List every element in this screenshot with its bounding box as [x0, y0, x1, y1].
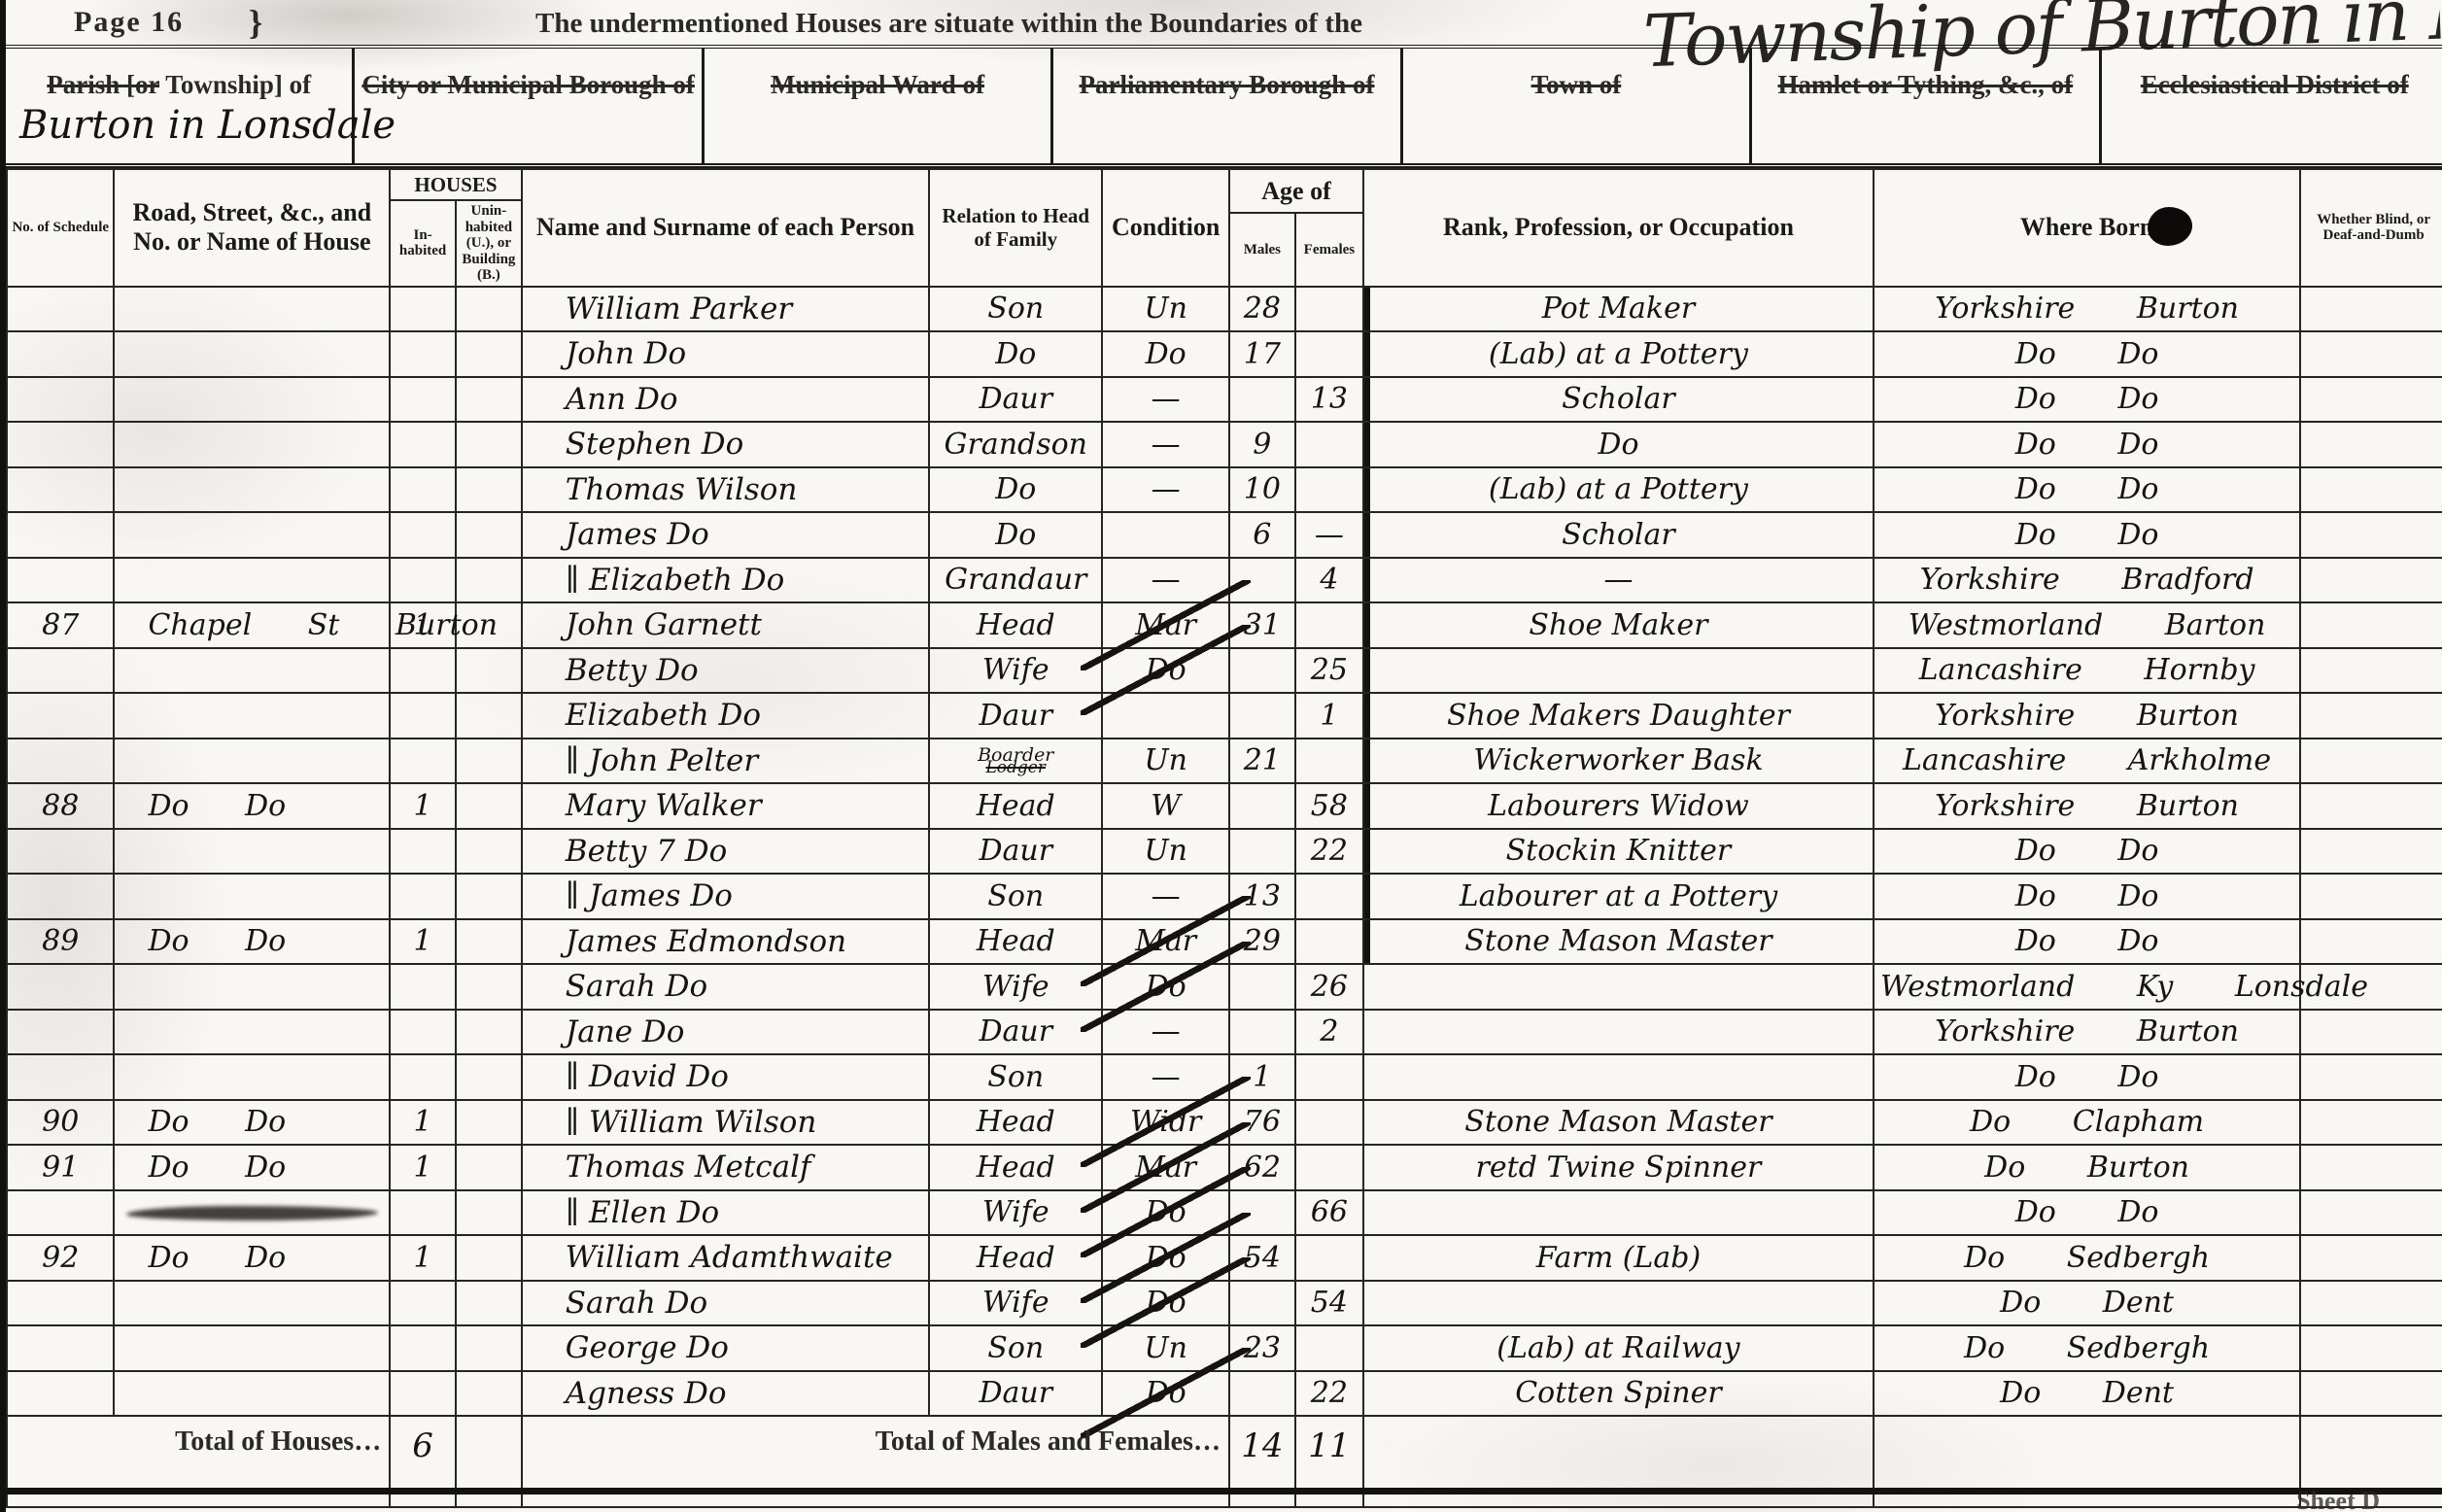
cell-age-male — [1229, 693, 1295, 739]
cell-age-female — [1295, 1100, 1363, 1146]
location-header-row: Parish [or Township] ofBurton in Lonsdal… — [6, 49, 2442, 168]
location-label: City or Municipal Borough of — [361, 70, 695, 99]
cell-road — [114, 964, 390, 1010]
cell-schedule — [7, 1325, 114, 1371]
cell-where-born: Do Do — [1874, 512, 2300, 558]
cell-age-male: 1 — [1229, 1054, 1295, 1100]
table-row: ∥ James DoSon—13Labourer at a PotteryDo … — [7, 874, 2442, 919]
cell-age-male: 21 — [1229, 739, 1295, 784]
cell-inhabited — [390, 287, 456, 332]
cell-condition: Mar — [1102, 602, 1229, 648]
header-uninhabited: Unin-habited (U.), or Building (B.) — [456, 200, 522, 287]
census-page-scan: Page 16 } The undermentioned Houses are … — [0, 0, 2442, 1512]
cell-inhabited: 1 — [390, 783, 456, 829]
cell-road — [114, 377, 390, 423]
cell-age-female — [1295, 287, 1363, 332]
cell-schedule — [7, 377, 114, 423]
header-relation: Relation to Head of Family — [929, 169, 1102, 287]
cell-name: ∥ James Do — [522, 874, 929, 919]
cell-name: Ann Do — [522, 377, 929, 423]
table-row: ∥ David DoSon—1Do Do — [7, 1054, 2442, 1100]
cell-age-male: 76 — [1229, 1100, 1295, 1146]
cell-blind-deaf — [2300, 1281, 2442, 1326]
table-row: Jane DoDaur—2Yorkshire Burton — [7, 1010, 2442, 1055]
cell-name: ∥ John Pelter — [522, 739, 929, 784]
location-header-cell: Parliamentary Borough of — [1053, 49, 1402, 163]
cell-age-male — [1229, 964, 1295, 1010]
cell-uninhabited — [456, 602, 522, 648]
cell-age-male — [1229, 1281, 1295, 1326]
total-houses-label: Total of Houses… — [175, 1426, 381, 1457]
cell-condition: Do — [1102, 648, 1229, 694]
cell-where-born: Do Do — [1874, 331, 2300, 377]
cell-where-born: Yorkshire Burton — [1874, 287, 2300, 332]
struck-label-text: Municipal Ward of — [771, 70, 984, 99]
cell-age-male: 13 — [1229, 874, 1295, 919]
cell-name: George Do — [522, 1325, 929, 1371]
cell-name: ∥ Ellen Do — [522, 1190, 929, 1236]
table-row: James DoDo6—ScholarDo Do — [7, 512, 2442, 558]
cell-uninhabited — [456, 287, 522, 332]
cell-road — [114, 693, 390, 739]
cell-uninhabited — [456, 919, 522, 965]
location-header-cell: Ecclesiastical District of — [2102, 49, 2442, 163]
cell-age-male — [1229, 1190, 1295, 1236]
cell-condition — [1102, 512, 1229, 558]
cell-road — [114, 648, 390, 694]
cell-relation: Head — [929, 1100, 1102, 1146]
location-header-cell: Hamlet or Tything, &c., of — [1752, 49, 2101, 163]
cell-where-born: Do Do — [1874, 377, 2300, 423]
relation-struck: Lodger — [936, 758, 1095, 777]
struck-label-text: Town of — [1531, 70, 1622, 99]
cell-occupation — [1363, 648, 1874, 694]
cell-blind-deaf — [2300, 648, 2442, 694]
header-age-group: Age of — [1229, 169, 1363, 213]
cell-occupation — [1363, 1054, 1874, 1100]
cell-relation: Grandaur — [929, 558, 1102, 603]
cell-inhabited — [390, 1190, 456, 1236]
cell-occupation: Stone Mason Master — [1363, 919, 1874, 965]
cell-road — [114, 739, 390, 784]
cell-inhabited — [390, 467, 456, 513]
header-condition: Condition — [1102, 169, 1229, 287]
table-row: 92Do Do1William AdamthwaiteHeadDo54Farm … — [7, 1235, 2442, 1281]
location-label: Hamlet or Tything, &c., of — [1777, 70, 2073, 99]
cell-schedule — [7, 1371, 114, 1417]
cell-name: Jane Do — [522, 1010, 929, 1055]
cell-inhabited — [390, 964, 456, 1010]
cell-occupation: Shoe Maker — [1363, 602, 1874, 648]
cell-age-female — [1295, 919, 1363, 965]
cell-blind-deaf — [2300, 783, 2442, 829]
cell-uninhabited — [456, 1281, 522, 1326]
cell-age-female: 2 — [1295, 1010, 1363, 1055]
cell-inhabited: 1 — [390, 919, 456, 965]
cell-uninhabited — [456, 1235, 522, 1281]
cell-age-female: 1 — [1295, 693, 1363, 739]
cell-road — [114, 874, 390, 919]
cell-inhabited — [390, 331, 456, 377]
cell-inhabited — [390, 377, 456, 423]
cell-occupation: Scholar — [1363, 377, 1874, 423]
cell-where-born: Do Do — [1874, 919, 2300, 965]
location-handwritten-value: Burton in Lonsdale — [19, 103, 396, 148]
cell-where-born: Yorkshire Burton — [1874, 693, 2300, 739]
header-road: Road, Street, &c., and No. or Name of Ho… — [114, 169, 390, 287]
cell-age-male: 10 — [1229, 467, 1295, 513]
cell-occupation: Shoe Makers Daughter — [1363, 693, 1874, 739]
cell-age-male: 62 — [1229, 1145, 1295, 1190]
cell-occupation: Farm (Lab) — [1363, 1235, 1874, 1281]
cell-blind-deaf — [2300, 1371, 2442, 1417]
table-row: Betty 7 DoDaurUn22Stockin KnitterDo Do — [7, 829, 2442, 875]
cell-condition: Widr — [1102, 1100, 1229, 1146]
cell-occupation: Do — [1363, 422, 1874, 467]
cell-condition: Do — [1102, 964, 1229, 1010]
cell-age-male — [1229, 377, 1295, 423]
cell-where-born: Lancashire Arkholme — [1874, 739, 2300, 784]
cell-schedule: 92 — [7, 1235, 114, 1281]
cell-age-female — [1295, 331, 1363, 377]
location-header-cell: Town of — [1403, 49, 1752, 163]
cell-condition: — — [1102, 1010, 1229, 1055]
cell-uninhabited — [456, 377, 522, 423]
cell-uninhabited — [456, 964, 522, 1010]
cell-age-male: 6 — [1229, 512, 1295, 558]
cell-name: Betty Do — [522, 648, 929, 694]
cell-age-male: 17 — [1229, 331, 1295, 377]
cell-inhabited — [390, 648, 456, 694]
cell-condition: Un — [1102, 1325, 1229, 1371]
struck-label-text: City or Municipal Borough of — [361, 70, 695, 99]
cell-road — [114, 467, 390, 513]
cell-occupation: retd Twine Spinner — [1363, 1145, 1874, 1190]
cell-occupation: Stockin Knitter — [1363, 829, 1874, 875]
struck-label-text: Parliamentary Borough of — [1079, 70, 1374, 99]
cell-name: ∥ William Wilson — [522, 1100, 929, 1146]
header-females: Females — [1295, 213, 1363, 286]
cell-schedule — [7, 558, 114, 603]
cell-condition: Un — [1102, 829, 1229, 875]
column-headers: No. of Schedule Road, Street, &c., and N… — [7, 169, 2442, 287]
cell-relation: BoarderLodger — [929, 739, 1102, 784]
cell-age-female: 22 — [1295, 829, 1363, 875]
cell-schedule: 89 — [7, 919, 114, 965]
cell-blind-deaf — [2300, 1100, 2442, 1146]
cell-road — [114, 1054, 390, 1100]
table-row: 89Do Do1James EdmondsonHeadMar29Stone Ma… — [7, 919, 2442, 965]
cell-occupation — [1363, 1281, 1874, 1326]
cell-relation: Daur — [929, 829, 1102, 875]
cell-occupation: Scholar — [1363, 512, 1874, 558]
cell-uninhabited — [456, 512, 522, 558]
cell-condition: — — [1102, 1054, 1229, 1100]
cell-road — [114, 1281, 390, 1326]
header-blind-deaf: Whether Blind, or Deaf-and-Dumb — [2300, 169, 2442, 287]
cell-blind-deaf — [2300, 964, 2442, 1010]
cell-blind-deaf — [2300, 693, 2442, 739]
top-strip: Page 16 } The undermentioned Houses are … — [6, 0, 2442, 49]
cell-blind-deaf — [2300, 829, 2442, 875]
cell-age-male — [1229, 558, 1295, 603]
cell-age-male: 29 — [1229, 919, 1295, 965]
cell-relation: Wife — [929, 1190, 1102, 1236]
cell-age-male: 54 — [1229, 1235, 1295, 1281]
cell-blind-deaf — [2300, 422, 2442, 467]
cell-age-female: 26 — [1295, 964, 1363, 1010]
cell-uninhabited — [456, 1010, 522, 1055]
cell-where-born: Do Burton — [1874, 1145, 2300, 1190]
cell-uninhabited — [456, 422, 522, 467]
cell-blind-deaf — [2300, 377, 2442, 423]
cell-uninhabited — [456, 874, 522, 919]
cell-age-male — [1229, 1371, 1295, 1417]
cell-uninhabited — [456, 648, 522, 694]
cell-where-born: Do Do — [1874, 829, 2300, 875]
cell-uninhabited — [456, 1100, 522, 1146]
cell-occupation — [1363, 1190, 1874, 1236]
table-row: Stephen DoGrandson—9DoDo Do — [7, 422, 2442, 467]
cell-where-born: Lancashire Hornby — [1874, 648, 2300, 694]
cell-relation: Head — [929, 919, 1102, 965]
cell-occupation: Wickerworker Bask — [1363, 739, 1874, 784]
cell-where-born: Do Do — [1874, 422, 2300, 467]
cell-inhabited — [390, 422, 456, 467]
cell-where-born: Do Do — [1874, 1054, 2300, 1100]
cell-road — [114, 331, 390, 377]
cell-uninhabited — [456, 1145, 522, 1190]
cell-uninhabited — [456, 1371, 522, 1417]
cell-age-female: — — [1295, 512, 1363, 558]
cell-occupation — [1363, 1010, 1874, 1055]
cell-uninhabited — [456, 783, 522, 829]
cell-condition: Do — [1102, 1281, 1229, 1326]
cell-road: Chapel St Burton — [114, 602, 390, 648]
boundaries-heading: The undermentioned Houses are situate wi… — [535, 8, 1362, 40]
census-table: No. of Schedule Road, Street, &c., and N… — [6, 168, 2442, 1508]
cell-inhabited: 1 — [390, 1145, 456, 1190]
cell-name: James Edmondson — [522, 919, 929, 965]
cell-inhabited — [390, 1371, 456, 1417]
cell-age-female — [1295, 1054, 1363, 1100]
cell-where-born: Yorkshire Burton — [1874, 783, 2300, 829]
location-header-cell: Parish [or Township] ofBurton in Lonsdal… — [6, 49, 355, 163]
cell-age-male: 31 — [1229, 602, 1295, 648]
cell-age-female — [1295, 422, 1363, 467]
table-row: Elizabeth DoDaur1Shoe Makers DaughterYor… — [7, 693, 2442, 739]
cell-relation: Son — [929, 1054, 1102, 1100]
cell-road — [114, 558, 390, 603]
cell-schedule — [7, 467, 114, 513]
census-rows: William ParkerSonUn28Pot MakerYorkshire … — [7, 287, 2442, 1417]
cell-relation: Head — [929, 1235, 1102, 1281]
cell-age-female: 58 — [1295, 783, 1363, 829]
cell-schedule — [7, 693, 114, 739]
cell-schedule: 88 — [7, 783, 114, 829]
cell-blind-deaf — [2300, 1190, 2442, 1236]
cell-relation: Daur — [929, 1010, 1102, 1055]
cell-road: Do Do — [114, 1145, 390, 1190]
cell-uninhabited — [456, 693, 522, 739]
table-row: Sarah DoWifeDo54Do Dent — [7, 1281, 2442, 1326]
cell-age-female — [1295, 1325, 1363, 1371]
cell-blind-deaf — [2300, 467, 2442, 513]
cell-occupation: (Lab) at Railway — [1363, 1325, 1874, 1371]
cell-blind-deaf — [2300, 1145, 2442, 1190]
cell-uninhabited — [456, 1325, 522, 1371]
header-schedule: No. of Schedule — [7, 169, 114, 287]
cell-name: Stephen Do — [522, 422, 929, 467]
cell-road — [114, 829, 390, 875]
header-males: Males — [1229, 213, 1295, 286]
cell-name: Elizabeth Do — [522, 693, 929, 739]
cell-road — [114, 422, 390, 467]
cell-condition: — — [1102, 377, 1229, 423]
table-row: 88Do Do1Mary WalkerHeadW58Labourers Wido… — [7, 783, 2442, 829]
cell-where-born: Westmorland Barton — [1874, 602, 2300, 648]
cell-blind-deaf — [2300, 919, 2442, 965]
cell-where-born: Do Do — [1874, 1190, 2300, 1236]
cell-inhabited — [390, 1281, 456, 1326]
cell-road — [114, 1325, 390, 1371]
cell-where-born: Yorkshire Burton — [1874, 1010, 2300, 1055]
cell-schedule — [7, 829, 114, 875]
cell-relation: Son — [929, 287, 1102, 332]
scan-bottom-edge-line — [6, 1488, 2442, 1495]
where-born-label: Where Born — [2020, 213, 2153, 241]
cell-relation: Wife — [929, 964, 1102, 1010]
total-houses-value: 6 — [412, 1426, 433, 1465]
location-label: Parish [or Township] of — [47, 70, 311, 99]
cell-schedule — [7, 1010, 114, 1055]
cell-age-male — [1229, 829, 1295, 875]
cell-relation: Daur — [929, 377, 1102, 423]
cell-age-female — [1295, 739, 1363, 784]
cell-condition: Mar — [1102, 1145, 1229, 1190]
cell-age-male — [1229, 648, 1295, 694]
cell-name: Mary Walker — [522, 783, 929, 829]
cell-inhabited — [390, 512, 456, 558]
cell-age-female: 13 — [1295, 377, 1363, 423]
cell-name: Thomas Metcalf — [522, 1145, 929, 1190]
cell-condition — [1102, 693, 1229, 739]
cell-condition: — — [1102, 874, 1229, 919]
cell-condition: — — [1102, 558, 1229, 603]
cell-age-male: 28 — [1229, 287, 1295, 332]
cell-blind-deaf — [2300, 739, 2442, 784]
cell-schedule — [7, 874, 114, 919]
cell-name: William Parker — [522, 287, 929, 332]
cell-blind-deaf — [2300, 1325, 2442, 1371]
ink-smudge — [126, 1206, 378, 1220]
header-houses-group: HOUSES — [390, 169, 522, 200]
cell-age-male: 23 — [1229, 1325, 1295, 1371]
cell-schedule — [7, 331, 114, 377]
cell-schedule: 87 — [7, 602, 114, 648]
cell-inhabited: 1 — [390, 602, 456, 648]
cell-relation: Head — [929, 1145, 1102, 1190]
cell-schedule: 91 — [7, 1145, 114, 1190]
cell-condition: W — [1102, 783, 1229, 829]
cell-blind-deaf — [2300, 1010, 2442, 1055]
cell-schedule — [7, 739, 114, 784]
cell-occupation: Cotten Spiner — [1363, 1371, 1874, 1417]
cell-name: Agness Do — [522, 1371, 929, 1417]
cell-age-male — [1229, 1010, 1295, 1055]
total-females-value: 11 — [1308, 1426, 1350, 1465]
cell-schedule — [7, 1281, 114, 1326]
total-males-females-label: Total of Males and Females… — [876, 1426, 1221, 1457]
cell-blind-deaf — [2300, 1235, 2442, 1281]
cell-age-female — [1295, 602, 1363, 648]
cell-condition: — — [1102, 467, 1229, 513]
cell-inhabited: 1 — [390, 1235, 456, 1281]
cell-uninhabited — [456, 1190, 522, 1236]
cell-name: William Adamthwaite — [522, 1235, 929, 1281]
total-males-value: 14 — [1241, 1426, 1283, 1465]
cell-inhabited — [390, 739, 456, 784]
cell-age-female: 66 — [1295, 1190, 1363, 1236]
cell-schedule — [7, 512, 114, 558]
cell-inhabited — [390, 874, 456, 919]
cell-inhabited — [390, 693, 456, 739]
cell-age-female — [1295, 874, 1363, 919]
cell-occupation: Labourers Widow — [1363, 783, 1874, 829]
table-row: Agness DoDaurDo22Cotten SpinerDo Dent — [7, 1371, 2442, 1417]
cell-age-female: 4 — [1295, 558, 1363, 603]
cell-road: Do Do — [114, 1100, 390, 1146]
location-label: Municipal Ward of — [771, 70, 984, 99]
cell-condition: Mar — [1102, 919, 1229, 965]
cell-uninhabited — [456, 1054, 522, 1100]
cell-inhabited — [390, 1325, 456, 1371]
cell-relation: Do — [929, 512, 1102, 558]
cell-schedule — [7, 422, 114, 467]
cell-relation: Daur — [929, 693, 1102, 739]
cell-age-female — [1295, 1235, 1363, 1281]
cell-age-male — [1229, 783, 1295, 829]
cell-name: Sarah Do — [522, 964, 929, 1010]
cell-where-born: Do Dent — [1874, 1281, 2300, 1326]
cell-blind-deaf — [2300, 1054, 2442, 1100]
cell-where-born: Do Sedbergh — [1874, 1325, 2300, 1371]
table-row: 91Do Do1Thomas MetcalfHeadMar62retd Twin… — [7, 1145, 2442, 1190]
cell-name: Sarah Do — [522, 1281, 929, 1326]
cell-name: ∥ David Do — [522, 1054, 929, 1100]
cell-road — [114, 1010, 390, 1055]
cell-uninhabited — [456, 829, 522, 875]
cell-age-female — [1295, 467, 1363, 513]
cell-uninhabited — [456, 331, 522, 377]
cell-condition: Un — [1102, 287, 1229, 332]
cell-condition: Un — [1102, 739, 1229, 784]
table-row: 90Do Do1∥ William WilsonHeadWidr76Stone … — [7, 1100, 2442, 1146]
cell-uninhabited — [456, 739, 522, 784]
cell-age-female: 25 — [1295, 648, 1363, 694]
cell-relation: Do — [929, 331, 1102, 377]
label-text: Township] of — [159, 70, 311, 99]
table-row: ∥ Elizabeth DoGrandaur—4—Yorkshire Bradf… — [7, 558, 2442, 603]
cell-uninhabited — [456, 467, 522, 513]
ink-blot — [2148, 207, 2192, 246]
cell-occupation: Stone Mason Master — [1363, 1100, 1874, 1146]
cell-occupation — [1363, 964, 1874, 1010]
cell-relation: Head — [929, 783, 1102, 829]
cell-where-born: Do Clapham — [1874, 1100, 2300, 1146]
cell-name: James Do — [522, 512, 929, 558]
cell-road — [114, 1371, 390, 1417]
